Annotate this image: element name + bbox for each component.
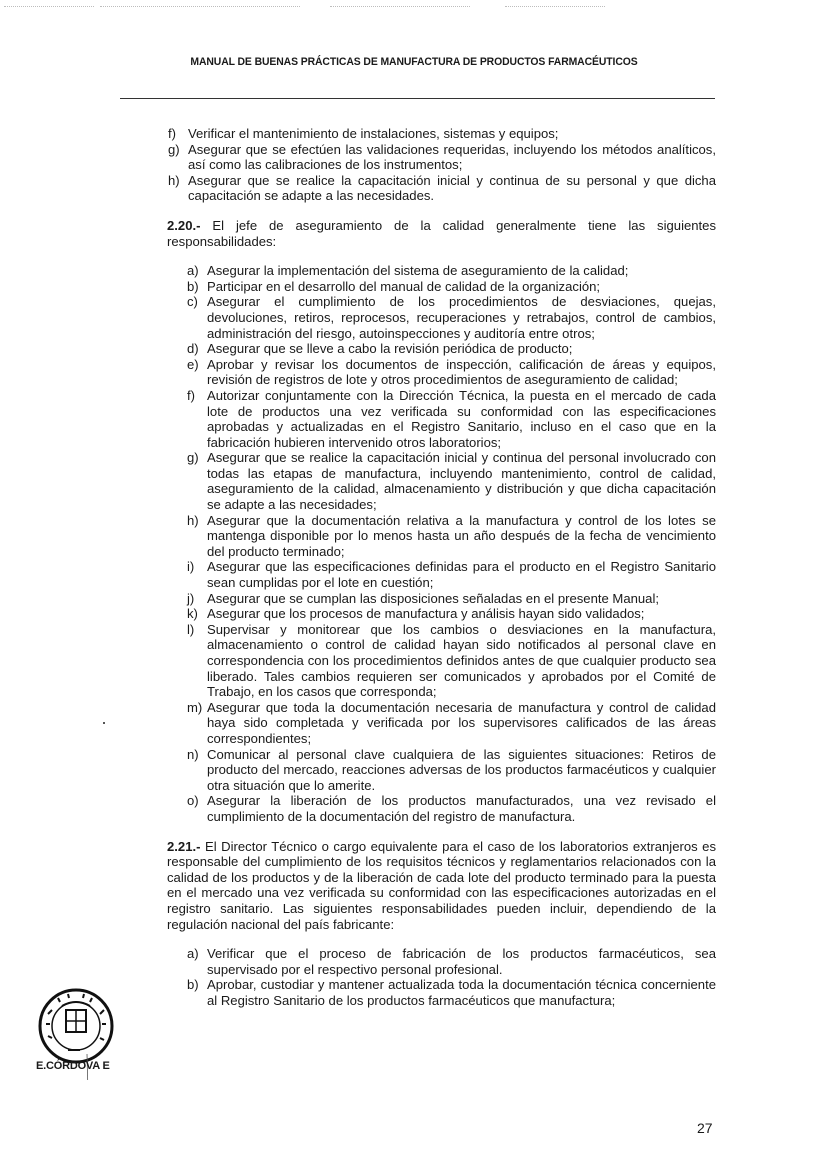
list-item: f)Verificar el mantenimiento de instalac…: [168, 126, 716, 142]
list-item: c)Asegurar el cumplimiento de los proced…: [187, 294, 716, 341]
list-item-text: Asegurar que las especificaciones defini…: [207, 559, 716, 590]
list-item-text: Asegurar que los procesos de manufactura…: [207, 606, 716, 622]
list-item: e)Aprobar y revisar los documentos de in…: [187, 357, 716, 388]
list-item-text: Asegurar que se realice la capacitación …: [188, 173, 716, 204]
list-item-text: Asegurar que se cumplan las disposicione…: [207, 591, 716, 607]
list-item: i)Asegurar que las especificaciones defi…: [187, 559, 716, 590]
list-marker: j): [187, 591, 207, 607]
list-item-text: Verificar el mantenimiento de instalacio…: [188, 126, 716, 142]
list-item: g)Asegurar que se efectúen las validacio…: [168, 142, 716, 173]
list-marker: k): [187, 606, 207, 622]
list-marker: e): [187, 357, 207, 388]
header-divider: [120, 98, 715, 99]
list-marker: l): [187, 622, 207, 700]
list-item: f)Autorizar conjuntamente con la Direcci…: [187, 388, 716, 450]
list-item: h)Asegurar que se realice la capacitació…: [168, 173, 716, 204]
list-marker: b): [187, 977, 207, 1008]
page-body: f)Verificar el mantenimiento de instalac…: [168, 126, 716, 1008]
scan-noise: [4, 6, 94, 9]
list-item-text: Asegurar que toda la documentación neces…: [207, 700, 716, 747]
section-number: 2.20.-: [167, 218, 200, 233]
section-2-21-list: a)Verificar que el proceso de fabricació…: [187, 946, 716, 1008]
list-marker: g): [187, 450, 207, 512]
list-marker: c): [187, 294, 207, 341]
list-item-text: Supervisar y monitorear que los cambios …: [207, 622, 716, 700]
list-item: a)Verificar que el proceso de fabricació…: [187, 946, 716, 977]
list-marker: a): [187, 263, 207, 279]
list-item: j)Asegurar que se cumplan las disposicio…: [187, 591, 716, 607]
list-marker: a): [187, 946, 207, 977]
section-text: El Director Técnico o cargo equivalente …: [167, 839, 716, 932]
scan-noise: [100, 6, 300, 9]
section-2-21-paragraph: 2.21.- El Director Técnico o cargo equiv…: [167, 839, 716, 933]
list-marker: f): [168, 126, 188, 142]
list-item-text: Aprobar, custodiar y mantener actualizad…: [207, 977, 716, 1008]
list-marker: d): [187, 341, 207, 357]
list-item-text: Comunicar al personal clave cualquiera d…: [207, 747, 716, 794]
list-item-text: Asegurar el cumplimiento de los procedim…: [207, 294, 716, 341]
stamp-signature-name: E.CÓRDOVA E: [36, 1060, 110, 1072]
list-item: o)Asegurar la liberación de los producto…: [187, 793, 716, 824]
list-marker: i): [187, 559, 207, 590]
list-marker: n): [187, 747, 207, 794]
section-number: 2.21.-: [167, 839, 200, 854]
section-2-20-paragraph: 2.20.- El jefe de aseguramiento de la ca…: [167, 218, 716, 249]
list-marker: h): [168, 173, 188, 204]
list-item: a)Asegurar la implementación del sistema…: [187, 263, 716, 279]
top-list: f)Verificar el mantenimiento de instalac…: [168, 126, 716, 204]
list-item: b)Aprobar, custodiar y mantener actualiz…: [187, 977, 716, 1008]
list-item-text: Asegurar que se lleve a cabo la revisión…: [207, 341, 716, 357]
list-item-text: Asegurar que se efectúen las validacione…: [188, 142, 716, 173]
list-marker: h): [187, 513, 207, 560]
page-number: 27: [697, 1120, 713, 1136]
scan-artifact-dot: [103, 722, 105, 724]
page-header-title: MANUAL DE BUENAS PRÁCTICAS DE MANUFACTUR…: [29, 56, 799, 68]
list-marker: g): [168, 142, 188, 173]
list-item-text: Asegurar que se realice la capacitación …: [207, 450, 716, 512]
list-item-text: Asegurar la implementación del sistema d…: [207, 263, 716, 279]
list-item-text: Asegurar la liberación de los productos …: [207, 793, 716, 824]
list-item-text: Autorizar conjuntamente con la Dirección…: [207, 388, 716, 450]
section-text: El jefe de aseguramiento de la calidad g…: [167, 218, 716, 249]
list-marker: b): [187, 279, 207, 295]
list-item: l)Supervisar y monitorear que los cambio…: [187, 622, 716, 700]
list-marker: o): [187, 793, 207, 824]
list-item: n)Comunicar al personal clave cualquiera…: [187, 747, 716, 794]
list-item: h)Asegurar que la documentación relativa…: [187, 513, 716, 560]
list-item-text: Verificar que el proceso de fabricación …: [207, 946, 716, 977]
list-item: b)Participar en el desarrollo del manual…: [187, 279, 716, 295]
scan-noise: [330, 6, 470, 9]
list-item-text: Asegurar que la documentación relativa a…: [207, 513, 716, 560]
list-marker: m): [187, 700, 207, 747]
list-item: k)Asegurar que los procesos de manufactu…: [187, 606, 716, 622]
section-2-20-list: a)Asegurar la implementación del sistema…: [187, 263, 716, 824]
list-marker: f): [187, 388, 207, 450]
scan-noise: [505, 6, 605, 9]
list-item-text: Participar en el desarrollo del manual d…: [207, 279, 716, 295]
list-item-text: Aprobar y revisar los documentos de insp…: [207, 357, 716, 388]
list-item: g)Asegurar que se realice la capacitació…: [187, 450, 716, 512]
list-item: m)Asegurar que toda la documentación nec…: [187, 700, 716, 747]
list-item: d)Asegurar que se lleve a cabo la revisi…: [187, 341, 716, 357]
